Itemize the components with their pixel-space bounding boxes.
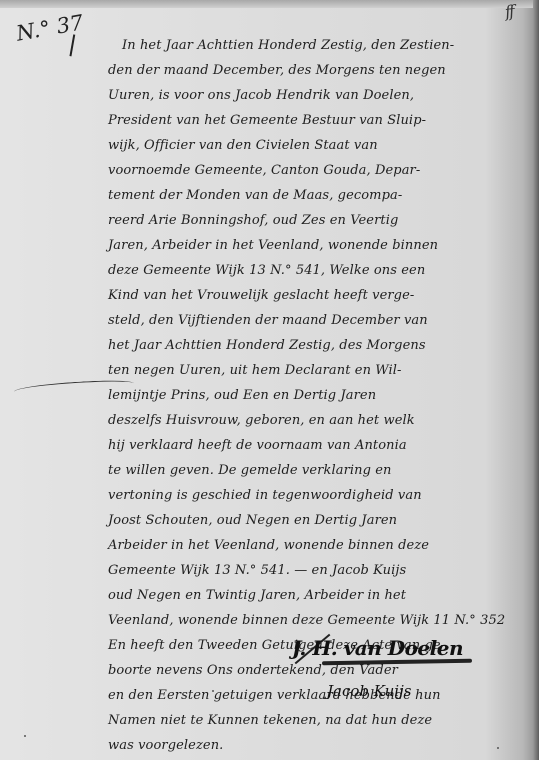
record-line-11: Kind van het Vrouwelijk geslacht heeft v…: [108, 283, 528, 308]
record-line-16: deszelfs Huisvrouw, geboren, en aan het …: [108, 408, 528, 433]
act-number-stroke: [69, 34, 75, 56]
record-line-2: den der maand December, des Morgens ten …: [108, 58, 528, 83]
record-line-12: steld, den Vijftienden der maand Decembe…: [108, 308, 528, 333]
record-line-5: wijk, Officier van den Civielen Staat va…: [108, 133, 528, 158]
paper-speck: [497, 747, 499, 749]
record-line-18: te willen geven. De gemelde verklaring e…: [108, 458, 528, 483]
paper-speck: [24, 735, 26, 737]
officer-signature: J. H. van Doelen: [292, 636, 463, 660]
register-page: ff N.° 37 In het Jaar Achttien Honderd Z…: [0, 0, 539, 760]
record-line-9: Jaren, Arbeider in het Veenland, wonende…: [108, 233, 528, 258]
paper-speck: [212, 690, 214, 692]
record-line-3: Uuren, is voor ons Jacob Hendrik van Doe…: [108, 83, 528, 108]
record-line-14: ten negen Uuren, uit hem Declarant en Wi…: [108, 358, 528, 383]
record-line-23: oud Negen en Twintig Jaren, Arbeider in …: [108, 583, 528, 608]
record-line-7: tement der Monden van de Maas, gecompa-: [108, 183, 528, 208]
record-line-8: reerd Arie Bonningshof, oud Zes en Veert…: [108, 208, 528, 233]
record-line-28: Namen niet te Kunnen tekenen, na dat hun…: [108, 708, 528, 733]
record-line-15: lemijntje Prins, oud Een en Dertig Jaren: [108, 383, 528, 408]
folio-mark: ff: [504, 2, 514, 22]
record-line-22: Gemeente Wijk 13 N.° 541. — en Jacob Kui…: [108, 558, 528, 583]
record-line-17: hij verklaard heeft de voornaam van Anto…: [108, 433, 528, 458]
act-number-text: N.° 37: [14, 10, 85, 45]
record-line-21: Arbeider in het Veenland, wonende binnen…: [108, 533, 528, 558]
record-line-24: Veenland, wonende binnen deze Gemeente W…: [108, 608, 528, 633]
record-line-4: President van het Gemeente Bestuur van S…: [108, 108, 528, 133]
record-line-20: Joost Schouten, oud Negen en Dertig Jare…: [108, 508, 528, 533]
record-line-1: In het Jaar Achttien Honderd Zestig, den…: [108, 33, 528, 58]
record-line-27: en den Eersten getuigen verklaard hebben…: [108, 683, 528, 708]
record-line-10: deze Gemeente Wijk 13 N.° 541, Welke ons…: [108, 258, 528, 283]
witness-signature: Jacob Kuijs: [327, 682, 411, 700]
act-number: N.° 37: [14, 10, 85, 45]
record-line-6: voornoemde Gemeente, Canton Gouda, Depar…: [108, 158, 528, 183]
record-line-29: was voorgelezen.: [108, 733, 528, 758]
record-line-13: het Jaar Achttien Honderd Zestig, des Mo…: [108, 333, 528, 358]
record-line-19: vertoning is geschied in tegenwoordighei…: [108, 483, 528, 508]
